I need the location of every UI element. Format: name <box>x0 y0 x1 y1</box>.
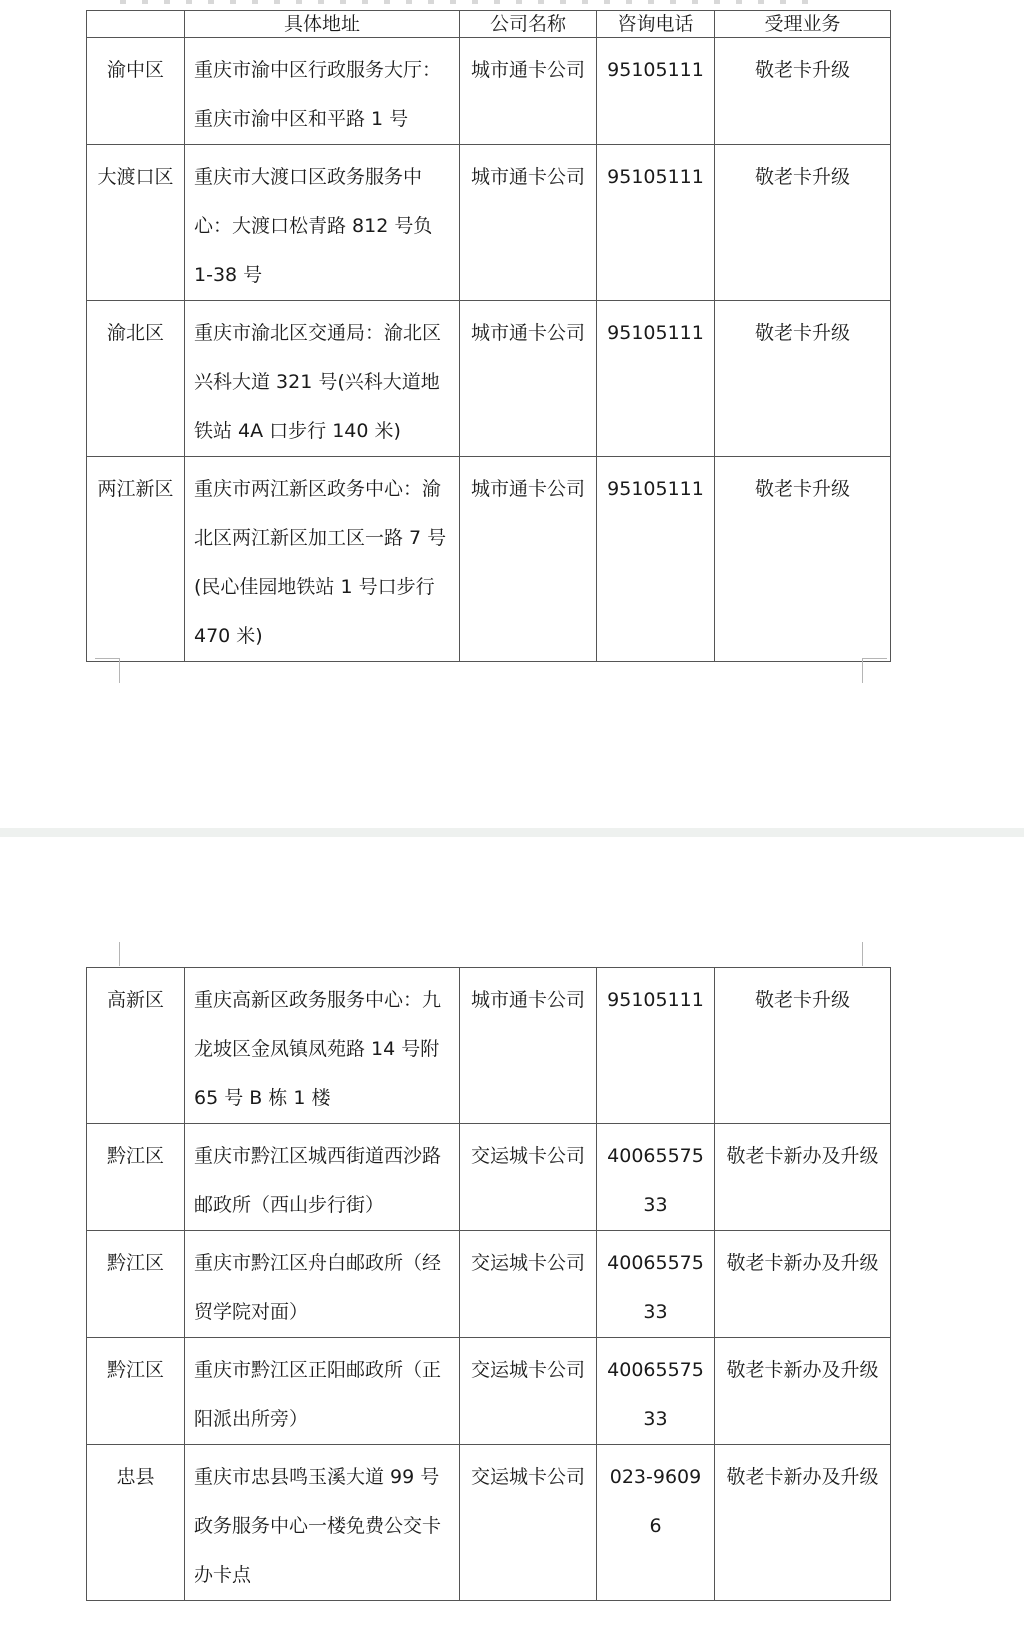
table-row: 黔江区 重庆市黔江区正阳邮政所（正 阳派出所旁） 交运城卡公司 40065575… <box>87 1338 891 1445</box>
address-line: 兴科大道 321 号(兴科大道地 <box>194 358 453 407</box>
table-row: 渝北区 重庆市渝北区交通局：渝北区 兴科大道 321 号(兴科大道地 铁站 4A… <box>87 301 891 457</box>
clipped-previous-text-line <box>120 0 820 4</box>
district-cell: 黔江区 <box>87 1239 184 1288</box>
page-corner-mark-top-right <box>862 942 863 966</box>
phone-cell: 95105111 <box>597 309 714 358</box>
address-line: 铁站 4A 口步行 140 米) <box>194 407 453 456</box>
table-row: 高新区 重庆高新区政务服务中心：九 龙坡区金凤镇凤苑路 14 号附 65 号 B… <box>87 968 891 1124</box>
district-cell: 黔江区 <box>87 1132 184 1181</box>
service-cell: 敬老卡升级 <box>715 976 890 1025</box>
service-locations-table-page-2: 高新区 重庆高新区政务服务中心：九 龙坡区金凤镇凤苑路 14 号附 65 号 B… <box>86 967 891 1601</box>
page-corner-mark-top-left <box>119 942 120 966</box>
district-cell: 渝北区 <box>87 309 184 358</box>
phone-cell: 95105111 <box>597 46 714 95</box>
phone-cell: 95105111 <box>597 465 714 514</box>
service-cell: 敬老卡新办及升级 <box>715 1239 890 1288</box>
address-line: 1-38 号 <box>194 251 453 300</box>
phone-line: 40065575 <box>597 1132 714 1181</box>
company-cell: 交运城卡公司 <box>460 1346 596 1395</box>
district-cell: 忠县 <box>87 1453 184 1502</box>
phone-line: 33 <box>597 1395 714 1444</box>
table-row: 黔江区 重庆市黔江区舟白邮政所（经 贸学院对面） 交运城卡公司 40065575… <box>87 1231 891 1338</box>
address-line: 重庆市黔江区正阳邮政所（正 <box>194 1346 453 1395</box>
phone-line: 023-9609 <box>597 1453 714 1502</box>
address-line: (民心佳园地铁站 1 号口步行 <box>194 563 453 612</box>
phone-line: 6 <box>597 1502 714 1551</box>
page-separator <box>0 828 1024 837</box>
address-line: 北区两江新区加工区一路 7 号 <box>194 514 453 563</box>
district-cell: 大渡口区 <box>87 153 184 202</box>
document-page-1: 具体地址 公司名称 咨询电话 受理业务 渝中区 重庆市渝中区行政服务大厅： 重庆… <box>0 0 1024 828</box>
address-line: 重庆市渝北区交通局：渝北区 <box>194 309 453 358</box>
company-cell: 交运城卡公司 <box>460 1132 596 1181</box>
page-corner-mark-bottom-left <box>95 658 120 683</box>
service-cell: 敬老卡升级 <box>715 46 890 95</box>
phone-cell: 95105111 <box>597 153 714 202</box>
company-cell: 城市通卡公司 <box>460 309 596 358</box>
service-cell: 敬老卡新办及升级 <box>715 1132 890 1181</box>
address-line: 470 米) <box>194 612 453 661</box>
header-district <box>87 11 185 38</box>
service-locations-table-page-1: 具体地址 公司名称 咨询电话 受理业务 渝中区 重庆市渝中区行政服务大厅： 重庆… <box>86 10 891 662</box>
table-row: 渝中区 重庆市渝中区行政服务大厅： 重庆市渝中区和平路 1 号 城市通卡公司 9… <box>87 38 891 145</box>
service-cell: 敬老卡新办及升级 <box>715 1453 890 1502</box>
address-line: 重庆市渝中区和平路 1 号 <box>194 95 453 144</box>
district-cell: 渝中区 <box>87 46 184 95</box>
table-row: 两江新区 重庆市两江新区政务中心：渝 北区两江新区加工区一路 7 号 (民心佳园… <box>87 457 891 662</box>
address-line: 邮政所（西山步行街） <box>194 1181 453 1230</box>
company-cell: 城市通卡公司 <box>460 976 596 1025</box>
address-line: 重庆市黔江区城西街道西沙路 <box>194 1132 453 1181</box>
service-cell: 敬老卡升级 <box>715 153 890 202</box>
table-row: 黔江区 重庆市黔江区城西街道西沙路 邮政所（西山步行街） 交运城卡公司 4006… <box>87 1124 891 1231</box>
phone-line: 33 <box>597 1288 714 1337</box>
address-line: 龙坡区金凤镇凤苑路 14 号附 <box>194 1025 453 1074</box>
table-header-row: 具体地址 公司名称 咨询电话 受理业务 <box>87 11 891 38</box>
address-line: 心：大渡口松青路 812 号负 <box>194 202 453 251</box>
address-line: 重庆高新区政务服务中心：九 <box>194 976 453 1025</box>
address-line: 阳派出所旁） <box>194 1395 453 1444</box>
document-page-2: 高新区 重庆高新区政务服务中心：九 龙坡区金凤镇凤苑路 14 号附 65 号 B… <box>0 837 1024 1635</box>
header-company: 公司名称 <box>460 11 597 38</box>
company-cell: 城市通卡公司 <box>460 153 596 202</box>
address-line: 65 号 B 栋 1 楼 <box>194 1074 453 1123</box>
address-line: 重庆市忠县鸣玉溪大道 99 号 <box>194 1453 453 1502</box>
district-cell: 高新区 <box>87 976 184 1025</box>
company-cell: 城市通卡公司 <box>460 465 596 514</box>
company-cell: 城市通卡公司 <box>460 46 596 95</box>
address-line: 重庆市大渡口区政务服务中 <box>194 153 453 202</box>
service-cell: 敬老卡新办及升级 <box>715 1346 890 1395</box>
address-line: 贸学院对面） <box>194 1288 453 1337</box>
phone-line: 40065575 <box>597 1239 714 1288</box>
service-cell: 敬老卡升级 <box>715 309 890 358</box>
table-row: 忠县 重庆市忠县鸣玉溪大道 99 号 政务服务中心一楼免费公交卡 办卡点 交运城… <box>87 1445 891 1601</box>
service-cell: 敬老卡升级 <box>715 465 890 514</box>
address-line: 重庆市黔江区舟白邮政所（经 <box>194 1239 453 1288</box>
company-cell: 交运城卡公司 <box>460 1453 596 1502</box>
address-line: 重庆市两江新区政务中心：渝 <box>194 465 453 514</box>
phone-line: 40065575 <box>597 1346 714 1395</box>
page-corner-mark-bottom-right <box>862 658 887 683</box>
address-line: 办卡点 <box>194 1551 453 1600</box>
header-service: 受理业务 <box>715 11 891 38</box>
address-line: 政务服务中心一楼免费公交卡 <box>194 1502 453 1551</box>
table-row: 大渡口区 重庆市大渡口区政务服务中 心：大渡口松青路 812 号负 1-38 号… <box>87 145 891 301</box>
phone-line: 33 <box>597 1181 714 1230</box>
phone-cell: 95105111 <box>597 976 714 1025</box>
district-cell: 两江新区 <box>87 465 184 514</box>
company-cell: 交运城卡公司 <box>460 1239 596 1288</box>
district-cell: 黔江区 <box>87 1346 184 1395</box>
header-phone: 咨询电话 <box>597 11 715 38</box>
address-line: 重庆市渝中区行政服务大厅： <box>194 46 453 95</box>
header-address: 具体地址 <box>185 11 460 38</box>
